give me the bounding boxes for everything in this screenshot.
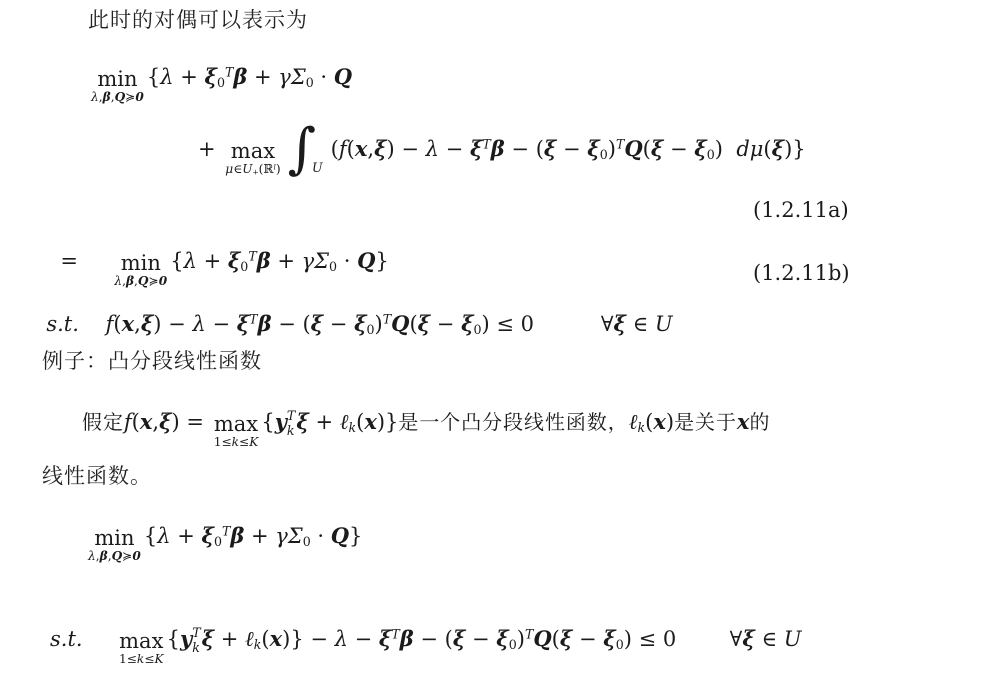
math-token: x: [355, 136, 368, 161]
math-token: 0: [214, 534, 222, 549]
math-token: {: [167, 627, 180, 651]
math-token: 假定: [82, 412, 124, 434]
math-token: Q: [334, 64, 352, 89]
math-token: ξ: [453, 626, 465, 651]
math-token: ·: [314, 65, 334, 89]
math-token: K: [155, 652, 164, 666]
math-token: ξ: [141, 311, 153, 336]
math-token: x: [140, 409, 153, 434]
math-token: s.t.: [46, 312, 79, 336]
math-token: s.t.: [50, 627, 83, 651]
math-token: +: [198, 137, 222, 161]
math-token: − (: [505, 137, 544, 161]
math-token: 是一个凸分段线性函数，: [398, 412, 628, 434]
math-token: ξ: [560, 626, 572, 651]
operator-under-limit: μ∈U+(ℝl): [225, 162, 280, 177]
math-token: ): [387, 137, 395, 161]
equation-number-b: (1.2.11b): [753, 260, 850, 286]
math-token: ≽: [125, 90, 135, 104]
math-token: 0: [616, 637, 624, 652]
math-token: Q: [533, 626, 551, 651]
math-token: ·: [311, 524, 331, 548]
math-token: ): [276, 162, 281, 176]
math-token: )}: [377, 410, 399, 434]
math-token: 1≤: [214, 435, 232, 449]
document-page: 此时的对偶可以表示为 minλ,β,Q≽0{λ + ξ0Tβ + γΣ0 · Q…: [0, 0, 981, 674]
math-token: k: [348, 420, 356, 435]
math-token: ≤ 0: [632, 627, 676, 651]
math-token: ξ: [202, 523, 214, 548]
formula-example-constraint: s.t. max1≤k≤K{yTkξ + ℓk(x)} − λ − ξTβ − …: [0, 626, 981, 666]
math-token: ≤ 0: [490, 312, 534, 336]
math-token: U: [655, 312, 673, 336]
operator-name: max: [225, 140, 280, 162]
math-token: β: [103, 90, 111, 104]
math-token: λ: [88, 549, 96, 563]
limit-operator-min: minλ,β,Q≽0: [91, 68, 144, 104]
math-token: −: [206, 312, 237, 336]
math-token: (: [347, 137, 355, 161]
operator-name: max: [119, 630, 164, 652]
math-token: k: [232, 435, 239, 449]
math-token: −: [556, 137, 587, 161]
math-token: ∀: [601, 312, 614, 336]
math-token: )}: [282, 627, 304, 651]
math-token: 0: [132, 549, 140, 563]
example-heading: 例子：凸分段线性函数: [0, 349, 981, 375]
math-token: k: [287, 424, 295, 438]
math-token: ∀: [730, 627, 743, 651]
math-token: U: [242, 162, 252, 176]
math-token: ): [715, 137, 723, 161]
math-token: +: [171, 524, 202, 548]
math-token: )}: [784, 137, 806, 161]
limit-operator-max: maxμ∈U+(ℝl): [225, 140, 280, 177]
math-token: ,: [134, 312, 141, 336]
example-definition-continued: 线性函数。: [0, 464, 981, 490]
operator-under-limit: λ,β,Q≽0: [88, 549, 141, 563]
operator-name: min: [91, 68, 144, 90]
math-token: ): [375, 312, 383, 336]
math-token: 0: [474, 322, 482, 337]
math-token: β: [258, 311, 272, 336]
math-token: Q: [331, 523, 349, 548]
math-token: ): [666, 410, 674, 434]
operator-under-limit: λ,β,Q≽0: [91, 90, 144, 104]
math-token: ℓ: [629, 410, 638, 434]
math-token: (ℝ: [259, 162, 274, 176]
math-token: Q: [115, 90, 126, 104]
sub-sup-stack: Tk: [192, 626, 200, 655]
math-token: ξ: [311, 311, 323, 336]
math-token: K: [249, 435, 258, 449]
math-token: −: [663, 137, 694, 161]
math-token: [534, 312, 601, 336]
math-token: x: [364, 409, 377, 434]
operator-under-limit: 1≤k≤K: [119, 652, 164, 666]
math-token: ξ: [614, 311, 626, 336]
math-token: ): [624, 627, 632, 651]
operator-under-limit: 1≤k≤K: [214, 435, 259, 449]
math-token: γΣ: [278, 65, 305, 89]
math-token: ξ: [202, 626, 214, 651]
math-token: ∈: [755, 627, 784, 651]
operator-name: min: [88, 527, 141, 549]
math-token: x: [737, 409, 750, 434]
math-token: β: [233, 64, 247, 89]
math-token: [723, 137, 736, 161]
math-token: ): [517, 627, 525, 651]
math-token: ξ: [379, 626, 391, 651]
math-token: −: [304, 627, 335, 651]
math-token: ξ: [461, 311, 473, 336]
math-token: y: [180, 626, 192, 651]
math-token: ∈: [233, 162, 242, 176]
math-token: ξ: [418, 311, 430, 336]
math-token: β: [400, 626, 414, 651]
math-token: ξ: [587, 136, 599, 161]
math-token: dμ: [736, 137, 763, 161]
formula-dual-objective: minλ,β,Q≽0{λ + ξ0Tβ + γΣ0 · Q: [0, 64, 981, 104]
math-token: k: [638, 420, 646, 435]
math-token: ∈: [626, 312, 655, 336]
formula-dual-constraint: (1.2.11b) s.t. f(x,ξ) − λ − ξTβ − (ξ − ξ…: [0, 258, 981, 337]
math-token: }: [349, 524, 362, 548]
math-token: γΣ: [275, 524, 302, 548]
math-token: =: [180, 410, 211, 434]
math-token: ξ: [544, 136, 556, 161]
math-token: (: [331, 137, 339, 161]
math-token: −: [395, 137, 426, 161]
math-token: f: [339, 137, 347, 161]
math-token: +: [244, 524, 275, 548]
math-token: T: [391, 626, 399, 641]
math-token: (: [261, 627, 269, 651]
math-token: T: [287, 409, 295, 423]
math-token: β: [100, 549, 108, 563]
math-token: (: [552, 627, 560, 651]
math-token: − (: [272, 312, 311, 336]
math-token: {: [144, 524, 157, 548]
math-token: 是关于: [674, 412, 737, 434]
math-token: λ: [426, 137, 439, 161]
math-token: λ: [160, 65, 173, 89]
math-token: (: [132, 410, 140, 434]
math-token: ℓ: [245, 627, 254, 651]
math-token: [83, 627, 116, 651]
math-token: −: [465, 627, 496, 651]
math-token: ): [482, 312, 490, 336]
formula-dual-max-integral: + maxμ∈U+(ℝl)∫U(f(x,ξ) − λ − ξTβ − (ξ − …: [0, 136, 981, 177]
math-token: Q: [624, 136, 642, 161]
math-token: x: [122, 311, 135, 336]
math-token: 0: [509, 637, 517, 652]
math-token: 0: [135, 90, 143, 104]
math-token: ≽: [122, 549, 132, 563]
math-token: 的: [749, 412, 770, 434]
math-token: U: [312, 160, 323, 175]
operator-name: max: [214, 413, 259, 435]
math-token: ξ: [470, 136, 482, 161]
math-token: +: [309, 410, 340, 434]
math-token: ξ: [205, 64, 217, 89]
math-token: x: [653, 409, 666, 434]
math-token: T: [482, 136, 490, 151]
math-token: T: [192, 626, 200, 640]
sub-sup-stack: Tk: [287, 409, 295, 438]
math-token: Q: [391, 311, 409, 336]
math-token: ξ: [237, 311, 249, 336]
math-token: ξ: [772, 136, 784, 161]
math-token: ξ: [694, 136, 706, 161]
math-token: 1≤: [119, 652, 137, 666]
math-token: (: [763, 137, 771, 161]
integral-lower-limit: U: [312, 160, 323, 175]
math-token: T: [383, 311, 391, 326]
math-token: x: [270, 626, 283, 651]
math-token: (: [643, 137, 651, 161]
math-token: ξ: [603, 626, 615, 651]
math-token: ξ: [159, 409, 171, 434]
math-token: 0: [303, 534, 311, 549]
math-token: −: [348, 627, 379, 651]
math-token: {: [147, 65, 160, 89]
math-token: k: [192, 641, 200, 655]
math-token: U: [784, 627, 802, 651]
math-token: 0: [367, 322, 375, 337]
math-token: −: [439, 137, 470, 161]
math-token: −: [430, 312, 461, 336]
math-token: − (: [414, 627, 453, 651]
math-token: β: [230, 523, 244, 548]
math-token: ξ: [296, 409, 308, 434]
formula-example-objective: minλ,β,Q≽0{λ + ξ0Tβ + γΣ0 · Q}: [0, 523, 981, 563]
limit-operator-min: minλ,β,Q≽0: [88, 527, 141, 563]
math-token: ξ: [374, 136, 386, 161]
math-token: ≤: [144, 652, 154, 666]
limit-operator-max: max1≤k≤K: [119, 630, 164, 666]
math-token: +: [247, 65, 278, 89]
math-token: ): [153, 312, 161, 336]
math-token: f: [124, 410, 132, 434]
math-token: ξ: [354, 311, 366, 336]
math-token: λ: [91, 90, 99, 104]
math-token: (: [113, 312, 121, 336]
math-token: [79, 312, 106, 336]
math-token: (: [409, 312, 417, 336]
math-token: 0: [306, 75, 314, 90]
math-token: β: [491, 136, 505, 161]
math-token: T: [249, 311, 257, 326]
example-definition: 假定f(x,ξ) = max1≤k≤K{yTkξ + ℓk(x)}是一个凸分段线…: [0, 409, 981, 449]
equation-number-a: (1.2.11a): [753, 197, 849, 223]
intro-text: 此时的对偶可以表示为: [0, 8, 981, 34]
math-token: ξ: [742, 626, 754, 651]
math-token: ≤: [239, 435, 249, 449]
math-token: 0: [217, 75, 225, 90]
math-token: λ: [192, 312, 205, 336]
math-token: 0: [600, 147, 608, 162]
math-token: Q: [112, 549, 123, 563]
math-token: 0: [707, 147, 715, 162]
math-token: ): [608, 137, 616, 161]
math-token: ξ: [496, 626, 508, 651]
math-token: ): [172, 410, 180, 434]
math-token: {: [261, 410, 274, 434]
math-token: +: [174, 65, 205, 89]
math-token: −: [572, 627, 603, 651]
math-token: [676, 627, 729, 651]
math-token: λ: [157, 524, 170, 548]
math-token: ξ: [651, 136, 663, 161]
math-token: y: [275, 409, 287, 434]
math-token: +: [214, 627, 245, 651]
math-token: −: [162, 312, 193, 336]
math-token: μ: [225, 162, 233, 176]
limit-operator-max: max1≤k≤K: [214, 413, 259, 449]
math-token: −: [323, 312, 354, 336]
math-token: λ: [335, 627, 348, 651]
